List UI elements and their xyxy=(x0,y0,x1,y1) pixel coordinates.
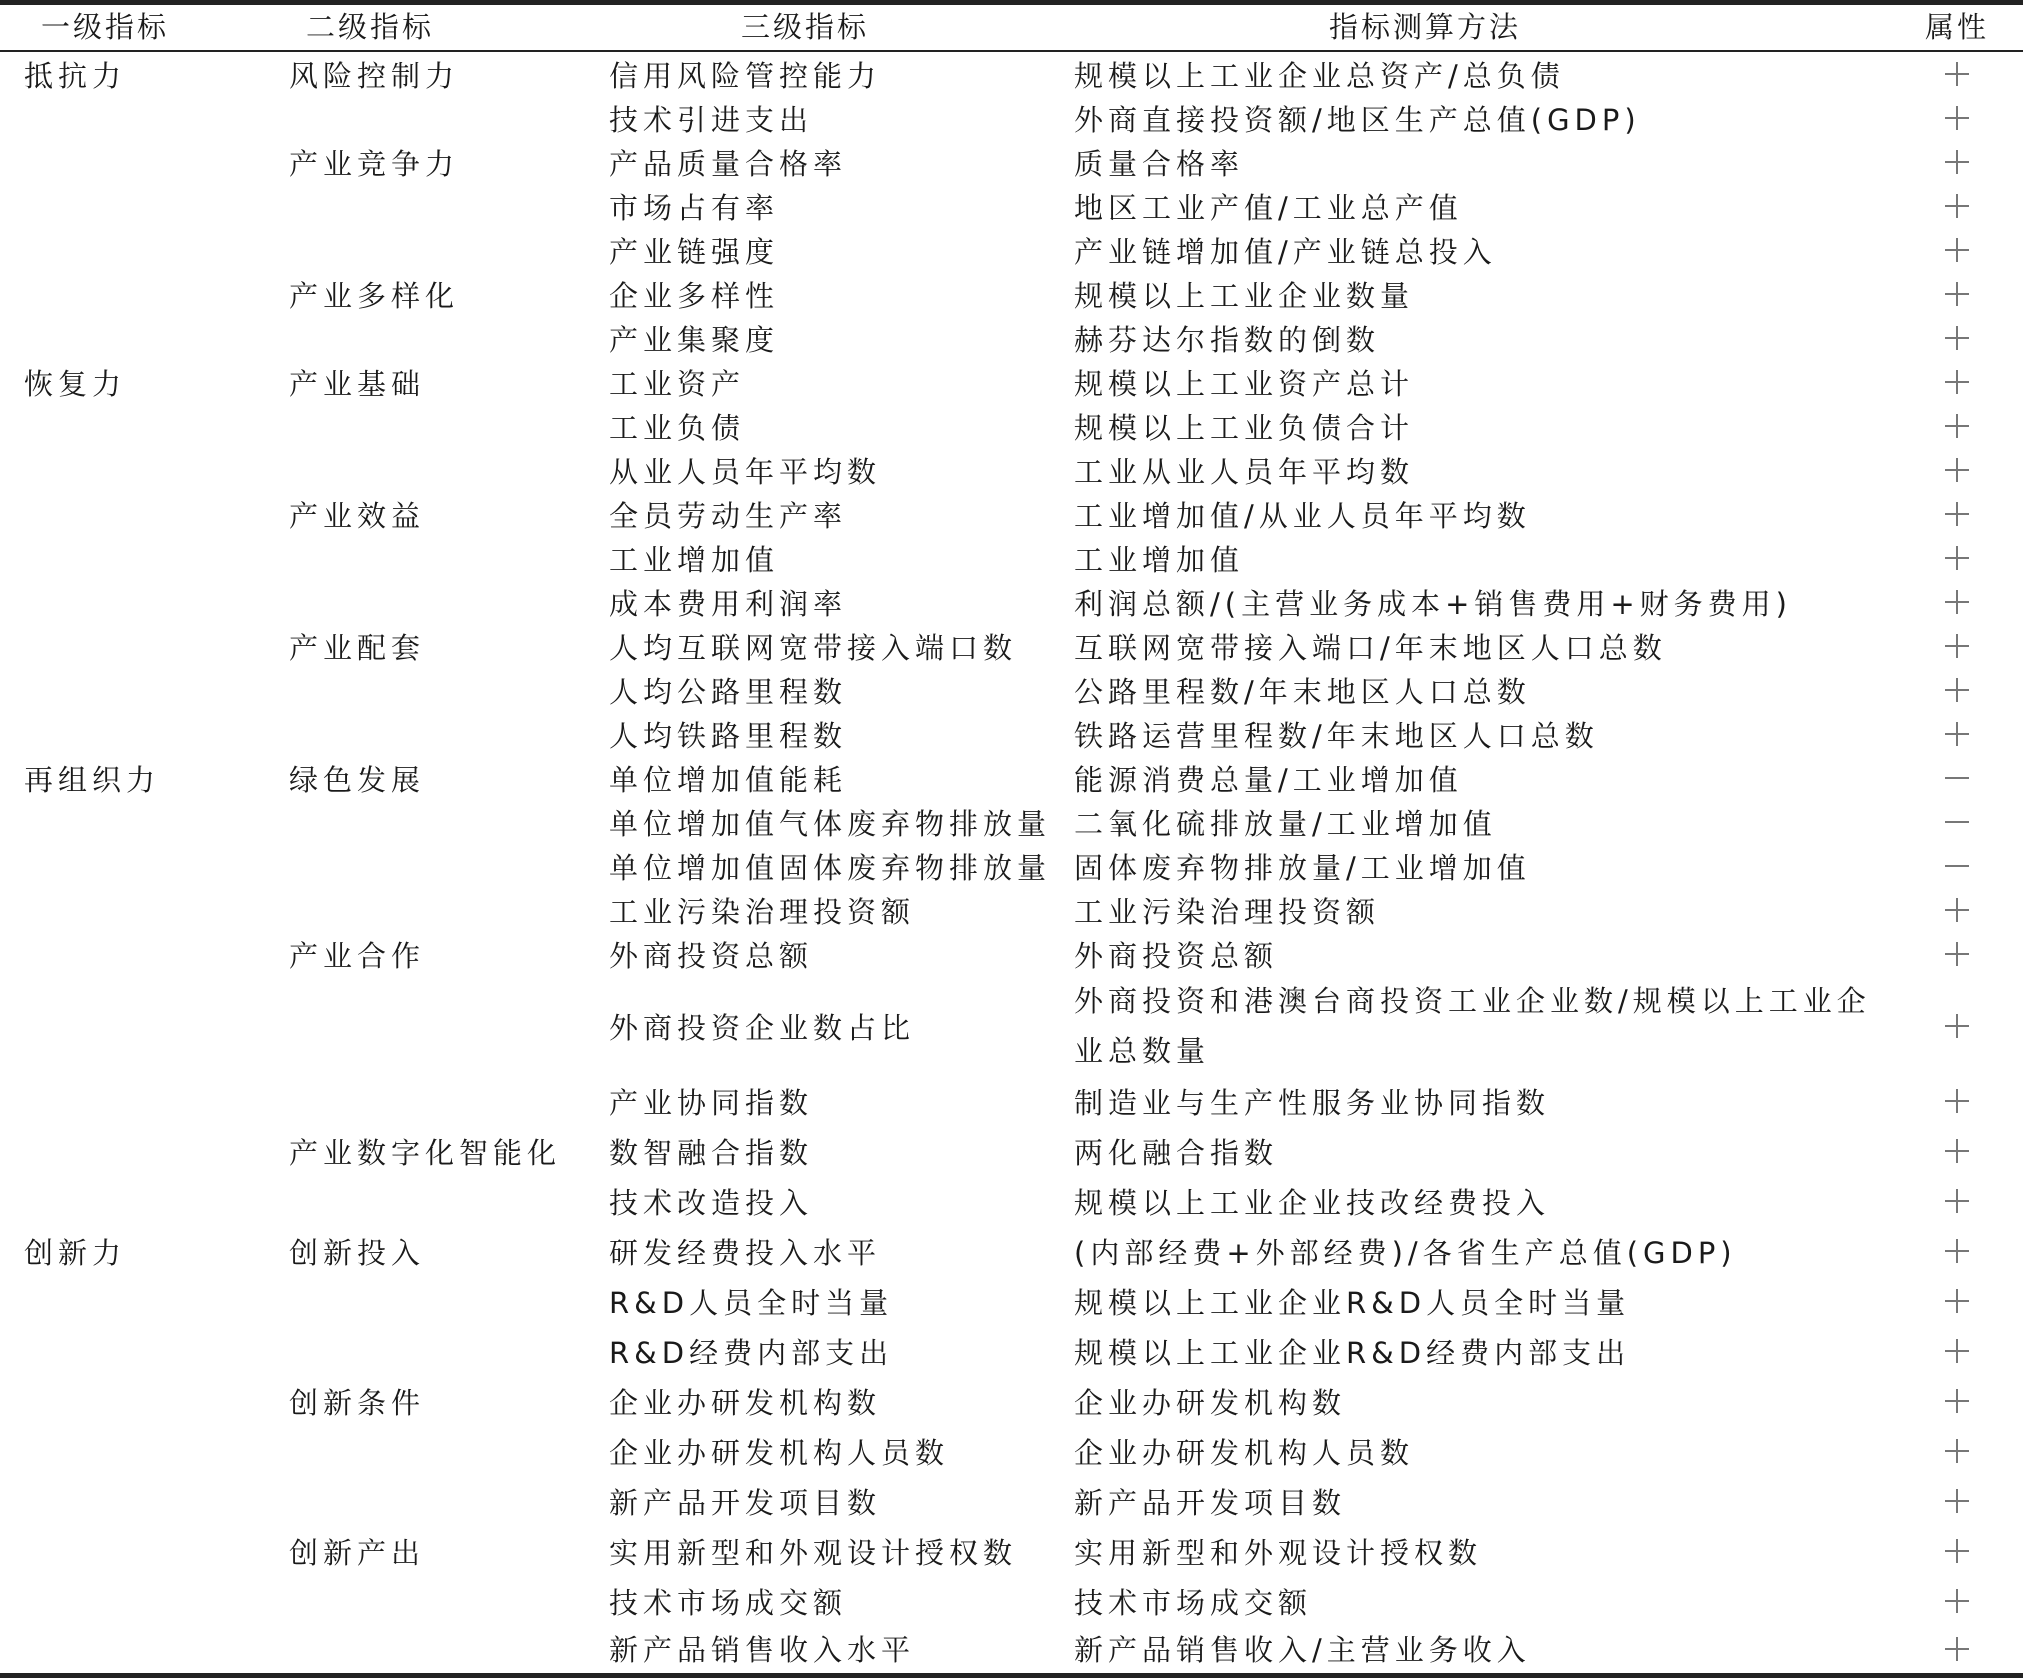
attribute-cell xyxy=(1937,184,1977,228)
level3-cell: 企业办研发机构数 xyxy=(609,1376,881,1426)
plus-icon xyxy=(1945,238,1969,262)
attribute-cell xyxy=(1937,316,1977,360)
level3-cell: 技术市场成交额 xyxy=(609,1576,847,1626)
attribute-cell xyxy=(1937,228,1977,272)
plus-icon xyxy=(1945,942,1969,966)
level3-cell: 实用新型和外观设计授权数 xyxy=(609,1526,1017,1576)
level3-cell: 产业链强度 xyxy=(609,228,779,272)
header-level2: 二级指标 xyxy=(306,5,434,50)
table-row: 产业效益全员劳动生产率工业增加值/从业人员年平均数 xyxy=(0,492,2023,536)
attribute-cell xyxy=(1937,1624,1977,1673)
table-row: 产业多样化企业多样性规模以上工业企业数量 xyxy=(0,272,2023,316)
plus-icon xyxy=(1945,1439,1969,1463)
level2-cell: 产业基础 xyxy=(289,360,425,404)
table-row: 创新产出实用新型和外观设计授权数实用新型和外观设计授权数 xyxy=(0,1526,2023,1576)
method-cell: 规模以上工业企业数量 xyxy=(1074,272,1414,316)
table-row: 产业数字化智能化数智融合指数两化融合指数 xyxy=(0,1126,2023,1176)
plus-icon xyxy=(1945,722,1969,746)
plus-icon xyxy=(1945,1139,1969,1163)
plus-icon xyxy=(1945,898,1969,922)
level1-cell: 再组织力 xyxy=(24,756,160,800)
plus-icon xyxy=(1945,502,1969,526)
table-row: 外商投资企业数占比外商投资和港澳台商投资工业企业数/规模以上工业企业总数量 xyxy=(0,976,2023,1076)
table-row: 产业集聚度赫芬达尔指数的倒数 xyxy=(0,316,2023,360)
attribute-cell xyxy=(1937,1476,1977,1526)
table-row: 单位增加值固体废弃物排放量固体废弃物排放量/工业增加值 xyxy=(0,844,2023,888)
attribute-cell xyxy=(1937,668,1977,712)
level3-cell: 信用风险管控能力 xyxy=(609,52,881,96)
method-cell: 地区工业产值/工业总产值 xyxy=(1074,184,1463,228)
method-cell: 公路里程数/年末地区人口总数 xyxy=(1074,668,1531,712)
level3-cell: 单位增加值固体废弃物排放量 xyxy=(609,844,1051,888)
method-cell: 规模以上工业资产总计 xyxy=(1074,360,1414,404)
plus-icon xyxy=(1945,62,1969,86)
minus-icon xyxy=(1945,854,1969,878)
level3-cell: 新产品销售收入水平 xyxy=(609,1624,915,1673)
method-cell: 工业增加值 xyxy=(1074,536,1244,580)
header-level3: 三级指标 xyxy=(741,5,869,50)
plus-icon xyxy=(1945,1339,1969,1363)
plus-icon xyxy=(1945,458,1969,482)
level2-cell: 产业合作 xyxy=(289,932,425,976)
level3-cell: 单位增加值能耗 xyxy=(609,756,847,800)
level1-cell: 恢复力 xyxy=(24,360,126,404)
level2-cell: 产业配套 xyxy=(289,624,425,668)
method-cell: 固体废弃物排放量/工业增加值 xyxy=(1074,844,1531,888)
plus-icon xyxy=(1945,1589,1969,1613)
table-bottom-rule xyxy=(0,1673,2023,1678)
attribute-cell xyxy=(1937,976,1977,1076)
table-row: 产业竞争力产品质量合格率质量合格率 xyxy=(0,140,2023,184)
plus-icon xyxy=(1945,590,1969,614)
plus-icon xyxy=(1945,1189,1969,1213)
method-cell: 新产品销售收入/主营业务收入 xyxy=(1074,1624,1531,1673)
attribute-cell xyxy=(1937,448,1977,492)
level3-cell: 单位增加值气体废弃物排放量 xyxy=(609,800,1051,844)
level3-cell: 全员劳动生产率 xyxy=(609,492,847,536)
table-row: 产业链强度产业链增加值/产业链总投入 xyxy=(0,228,2023,272)
plus-icon xyxy=(1945,194,1969,218)
attribute-cell xyxy=(1937,1376,1977,1426)
level2-cell: 绿色发展 xyxy=(289,756,425,800)
table-row: 恢复力产业基础工业资产规模以上工业资产总计 xyxy=(0,360,2023,404)
table-row: 创新力创新投入研发经费投入水平(内部经费+外部经费)/各省生产总值(GDP) xyxy=(0,1226,2023,1276)
attribute-cell xyxy=(1937,1326,1977,1376)
attribute-cell xyxy=(1937,272,1977,316)
level1-cell: 创新力 xyxy=(24,1226,126,1276)
level3-cell: 技术改造投入 xyxy=(609,1176,813,1226)
attribute-cell xyxy=(1937,1276,1977,1326)
method-cell: 外商直接投资额/地区生产总值(GDP) xyxy=(1074,96,1641,140)
level3-cell: 从业人员年平均数 xyxy=(609,448,881,492)
table-row: 成本费用利润率利润总额/(主营业务成本+销售费用+财务费用) xyxy=(0,580,2023,624)
level2-cell: 产业竞争力 xyxy=(289,140,459,184)
method-cell: 规模以上工业企业总资产/总负债 xyxy=(1074,52,1565,96)
attribute-cell xyxy=(1937,360,1977,404)
table-row: 新产品开发项目数新产品开发项目数 xyxy=(0,1476,2023,1526)
level2-cell: 产业效益 xyxy=(289,492,425,536)
method-cell: 外商投资总额 xyxy=(1074,932,1278,976)
attribute-cell xyxy=(1937,1526,1977,1576)
method-cell: 新产品开发项目数 xyxy=(1074,1476,1346,1526)
table-row: 单位增加值气体废弃物排放量二氧化硫排放量/工业增加值 xyxy=(0,800,2023,844)
method-cell: 铁路运营里程数/年末地区人口总数 xyxy=(1074,712,1599,756)
method-cell: 工业从业人员年平均数 xyxy=(1074,448,1414,492)
table-row: 市场占有率地区工业产值/工业总产值 xyxy=(0,184,2023,228)
method-cell: 技术市场成交额 xyxy=(1074,1576,1312,1626)
method-cell: 实用新型和外观设计授权数 xyxy=(1074,1526,1482,1576)
level2-cell: 产业多样化 xyxy=(289,272,459,316)
header-level1: 一级指标 xyxy=(41,5,169,50)
table-row: 产业协同指数制造业与生产性服务业协同指数 xyxy=(0,1076,2023,1126)
attribute-cell xyxy=(1937,1126,1977,1176)
method-cell: 外商投资和港澳台商投资工业企业数/规模以上工业企业总数量 xyxy=(1074,976,1904,1076)
method-cell: 工业污染治理投资额 xyxy=(1074,888,1380,932)
method-cell: 工业增加值/从业人员年平均数 xyxy=(1074,492,1531,536)
table-row: 抵抗力风险控制力信用风险管控能力规模以上工业企业总资产/总负债 xyxy=(0,52,2023,96)
plus-icon xyxy=(1945,1389,1969,1413)
table-row: 产业合作外商投资总额外商投资总额 xyxy=(0,932,2023,976)
level3-cell: 外商投资企业数占比 xyxy=(609,976,915,1076)
plus-icon xyxy=(1945,1289,1969,1313)
plus-icon xyxy=(1945,326,1969,350)
indicator-table: 一级指标 二级指标 三级指标 指标测算方法 属性 抵抗力风险控制力信用风险管控能… xyxy=(0,0,2023,1678)
plus-icon xyxy=(1945,546,1969,570)
plus-icon xyxy=(1945,1637,1969,1661)
table-row: 工业污染治理投资额工业污染治理投资额 xyxy=(0,888,2023,932)
method-cell: 赫芬达尔指数的倒数 xyxy=(1074,316,1380,360)
header-attribute: 属性 xyxy=(1925,5,1989,50)
plus-icon xyxy=(1945,1089,1969,1113)
attribute-cell xyxy=(1937,536,1977,580)
level3-cell: 人均公路里程数 xyxy=(609,668,847,712)
level2-cell: 创新条件 xyxy=(289,1376,425,1426)
attribute-cell xyxy=(1937,712,1977,756)
plus-icon xyxy=(1945,370,1969,394)
attribute-cell xyxy=(1937,932,1977,976)
attribute-cell xyxy=(1937,1226,1977,1276)
minus-icon xyxy=(1945,810,1969,834)
header-method: 指标测算方法 xyxy=(1329,5,1521,50)
method-cell: 互联网宽带接入端口/年末地区人口总数 xyxy=(1074,624,1667,668)
table-row: 企业办研发机构人员数企业办研发机构人员数 xyxy=(0,1426,2023,1476)
plus-icon xyxy=(1945,1239,1969,1263)
level3-cell: 工业污染治理投资额 xyxy=(609,888,915,932)
level2-cell: 风险控制力 xyxy=(289,52,459,96)
table-row: 产业配套人均互联网宽带接入端口数互联网宽带接入端口/年末地区人口总数 xyxy=(0,624,2023,668)
table-row: 技术引进支出外商直接投资额/地区生产总值(GDP) xyxy=(0,96,2023,140)
level3-cell: 市场占有率 xyxy=(609,184,779,228)
plus-icon xyxy=(1945,150,1969,174)
method-cell: 两化融合指数 xyxy=(1074,1126,1278,1176)
attribute-cell xyxy=(1937,756,1977,800)
plus-icon xyxy=(1945,678,1969,702)
level3-cell: 新产品开发项目数 xyxy=(609,1476,881,1526)
method-cell: 二氧化硫排放量/工业增加值 xyxy=(1074,800,1497,844)
attribute-cell xyxy=(1937,96,1977,140)
level2-cell: 创新投入 xyxy=(289,1226,425,1276)
level3-cell: 企业多样性 xyxy=(609,272,779,316)
method-cell: (内部经费+外部经费)/各省生产总值(GDP) xyxy=(1074,1226,1737,1276)
level3-cell: 产业协同指数 xyxy=(609,1076,813,1126)
level2-cell: 创新产出 xyxy=(289,1526,425,1576)
method-cell: 利润总额/(主营业务成本+销售费用+财务费用) xyxy=(1074,580,1792,624)
method-cell: 企业办研发机构人员数 xyxy=(1074,1426,1414,1476)
plus-icon xyxy=(1945,282,1969,306)
level3-cell: R&D人员全时当量 xyxy=(609,1276,893,1326)
method-cell: 规模以上工业负债合计 xyxy=(1074,404,1414,448)
table-row: 新产品销售收入水平新产品销售收入/主营业务收入 xyxy=(0,1624,2023,1673)
method-cell: 规模以上工业企业技改经费投入 xyxy=(1074,1176,1550,1226)
table-row: 人均公路里程数公路里程数/年末地区人口总数 xyxy=(0,668,2023,712)
level3-cell: 成本费用利润率 xyxy=(609,580,847,624)
method-cell: 质量合格率 xyxy=(1074,140,1244,184)
table-row: 技术市场成交额技术市场成交额 xyxy=(0,1576,2023,1626)
method-cell: 规模以上工业企业R&D人员全时当量 xyxy=(1074,1276,1630,1326)
method-cell: 企业办研发机构数 xyxy=(1074,1376,1346,1426)
attribute-cell xyxy=(1937,1426,1977,1476)
plus-icon xyxy=(1945,106,1969,130)
table-row: 人均铁路里程数铁路运营里程数/年末地区人口总数 xyxy=(0,712,2023,756)
level3-cell: 企业办研发机构人员数 xyxy=(609,1426,949,1476)
attribute-cell xyxy=(1937,52,1977,96)
level3-cell: 研发经费投入水平 xyxy=(609,1226,881,1276)
method-cell: 能源消费总量/工业增加值 xyxy=(1074,756,1463,800)
level2-cell: 产业数字化智能化 xyxy=(289,1126,561,1176)
method-cell: 规模以上工业企业R&D经费内部支出 xyxy=(1074,1326,1630,1376)
level3-cell: 工业资产 xyxy=(609,360,745,404)
minus-icon xyxy=(1945,766,1969,790)
attribute-cell xyxy=(1937,888,1977,932)
table-row: R&D人员全时当量规模以上工业企业R&D人员全时当量 xyxy=(0,1276,2023,1326)
plus-icon xyxy=(1945,1014,1969,1038)
attribute-cell xyxy=(1937,624,1977,668)
table-row: 再组织力绿色发展单位增加值能耗能源消费总量/工业增加值 xyxy=(0,756,2023,800)
level1-cell: 抵抗力 xyxy=(24,52,126,96)
level3-cell: 产业集聚度 xyxy=(609,316,779,360)
table-top-rule xyxy=(0,0,2023,5)
table-row: 创新条件企业办研发机构数企业办研发机构数 xyxy=(0,1376,2023,1426)
attribute-cell xyxy=(1937,492,1977,536)
level3-cell: 人均互联网宽带接入端口数 xyxy=(609,624,1017,668)
plus-icon xyxy=(1945,1489,1969,1513)
method-cell: 制造业与生产性服务业协同指数 xyxy=(1074,1076,1550,1126)
table-row: R&D经费内部支出规模以上工业企业R&D经费内部支出 xyxy=(0,1326,2023,1376)
attribute-cell xyxy=(1937,844,1977,888)
table-row: 从业人员年平均数工业从业人员年平均数 xyxy=(0,448,2023,492)
plus-icon xyxy=(1945,414,1969,438)
attribute-cell xyxy=(1937,140,1977,184)
level3-cell: 产品质量合格率 xyxy=(609,140,847,184)
attribute-cell xyxy=(1937,404,1977,448)
level3-cell: 数智融合指数 xyxy=(609,1126,813,1176)
table-row: 技术改造投入规模以上工业企业技改经费投入 xyxy=(0,1176,2023,1226)
attribute-cell xyxy=(1937,1076,1977,1126)
attribute-cell xyxy=(1937,1576,1977,1626)
attribute-cell xyxy=(1937,1176,1977,1226)
plus-icon xyxy=(1945,634,1969,658)
level3-cell: 工业增加值 xyxy=(609,536,779,580)
table-row: 工业负债规模以上工业负债合计 xyxy=(0,404,2023,448)
attribute-cell xyxy=(1937,580,1977,624)
method-cell: 产业链增加值/产业链总投入 xyxy=(1074,228,1497,272)
level3-cell: 人均铁路里程数 xyxy=(609,712,847,756)
level3-cell: 外商投资总额 xyxy=(609,932,813,976)
level3-cell: R&D经费内部支出 xyxy=(609,1326,893,1376)
plus-icon xyxy=(1945,1539,1969,1563)
level3-cell: 技术引进支出 xyxy=(609,96,813,140)
level3-cell: 工业负债 xyxy=(609,404,745,448)
attribute-cell xyxy=(1937,800,1977,844)
table-row: 工业增加值工业增加值 xyxy=(0,536,2023,580)
